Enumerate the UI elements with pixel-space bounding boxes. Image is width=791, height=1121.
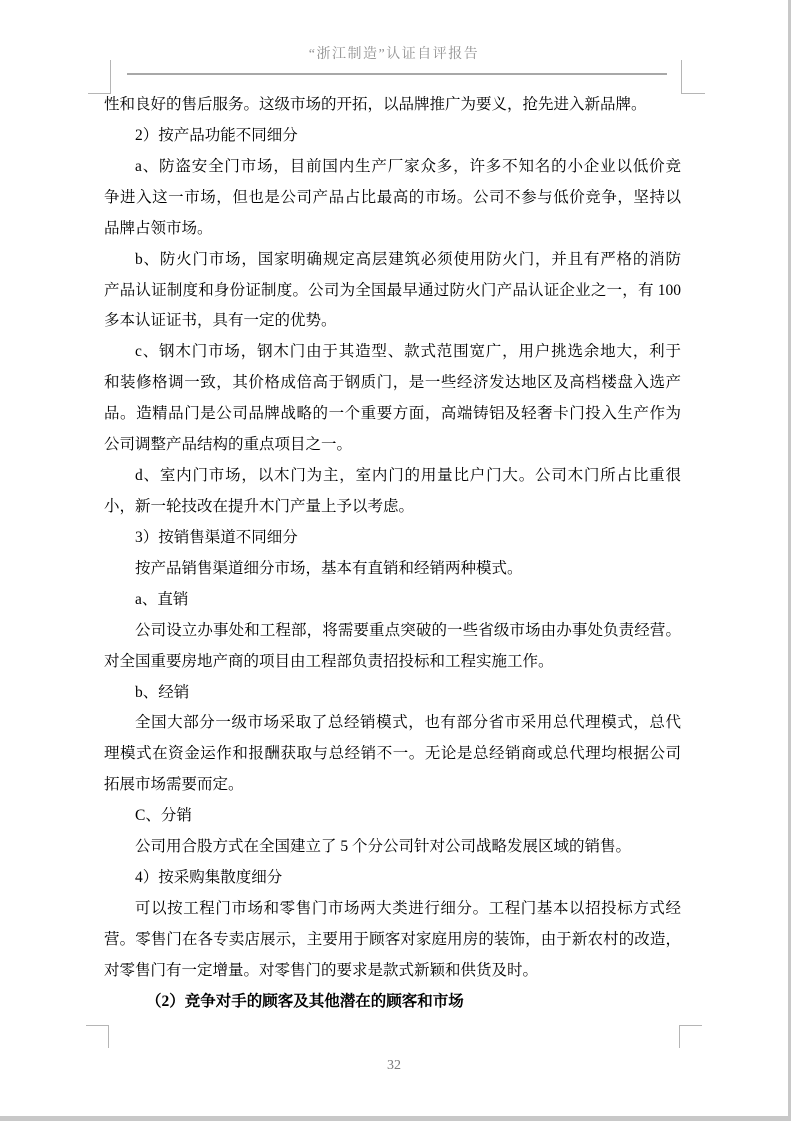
header-divider [127, 73, 667, 75]
body-line: 性和良好的售后服务。这级市场的开拓，以品牌推广为要义，抢先进入新品牌。 [104, 90, 681, 121]
body-line: 和装修格调一致，其价格成倍高于钢质门，是一些经济发达地区及高档楼盘入选产 [104, 368, 681, 399]
crop-mark-top-left [88, 60, 111, 94]
body-line: 产品认证制度和身份证制度。公司为全国最早通过防火门产品认证企业之一，有 100 [104, 276, 681, 307]
body-line: b、防火门市场，国家明确规定高层建筑必须使用防火门，并且有严格的消防 [104, 245, 681, 276]
body-lines: 性和良好的售后服务。这级市场的开拓，以品牌推广为要义，抢先进入新品牌。2）按产品… [104, 90, 681, 1018]
body-line: 2）按产品功能不同细分 [104, 121, 681, 152]
body-line: 多本认证证书，具有一定的优势。 [104, 306, 681, 337]
page-number: 32 [0, 1058, 788, 1074]
body-line: b、经销 [104, 678, 681, 709]
body-line: 品牌占领市场。 [104, 214, 681, 245]
body-line: d、室内门市场，以木门为主，室内门的用量比户门大。公司木门所占比重很 [104, 461, 681, 492]
body-line: 3）按销售渠道不同细分 [104, 523, 681, 554]
body-line: 品。造精品门是公司品牌战略的一个重要方面，高端铸铝及轻奢卡门投入生产作为 [104, 399, 681, 430]
body-line: 争进入这一市场，但也是公司产品占比最高的市场。公司不参与低价竞争，坚持以 [104, 183, 681, 214]
page-header-title: “浙江制造”认证自评报告 [0, 43, 788, 63]
body-line: 对全国重要房地产商的项目由工程部负责招投标和工程实施工作。 [104, 647, 681, 678]
body-line: 理模式在资金运作和报酬获取与总经销不一。无论是总经销商或总代理均根据公司 [104, 739, 681, 770]
body-line: a、直销 [104, 585, 681, 616]
body-line: 公司调整产品结构的重点项目之一。 [104, 430, 681, 461]
body-line: 公司设立办事处和工程部，将需要重点突破的一些省级市场由办事处负责经营。 [104, 616, 681, 647]
body-line: 营。零售门在各专卖店展示，主要用于顾客对家庭用房的装饰，由于新农村的改造， [104, 925, 681, 956]
body-line: 4）按采购集散度细分 [104, 863, 681, 894]
body-line: 公司用合股方式在全国建立了 5 个分公司针对公司战略发展区域的销售。 [104, 832, 681, 863]
crop-mark-bottom-right [679, 1025, 702, 1048]
body-line: 拓展市场需要而定。 [104, 770, 681, 801]
crop-mark-top-right [681, 60, 705, 94]
body-line: 按产品销售渠道细分市场，基本有直销和经销两种模式。 [104, 554, 681, 585]
body-line: c、钢木门市场，钢木门由于其造型、款式范围宽广，用户挑选余地大，利于 [104, 337, 681, 368]
crop-mark-bottom-left [86, 1025, 109, 1048]
document-page: “浙江制造”认证自评报告 性和良好的售后服务。这级市场的开拓，以品牌推广为要义，… [0, 0, 791, 1121]
body-line: 可以按工程门市场和零售门市场两大类进行细分。工程门基本以招投标方式经 [104, 894, 681, 925]
page-edge-bottom [0, 1116, 791, 1121]
body-line: C、分销 [104, 801, 681, 832]
section-heading: （2）竞争对手的顾客及其他潜在的顾客和市场 [104, 987, 681, 1018]
body-line: 对零售门有一定增量。对零售门的要求是款式新颖和供货及时。 [104, 956, 681, 987]
body-line: a、防盗安全门市场，目前国内生产厂家众多，许多不知名的小企业以低价竞 [104, 152, 681, 183]
body-line: 全国大部分一级市场采取了总经销模式，也有部分省市采用总代理模式，总代 [104, 708, 681, 739]
body-line: 小，新一轮技改在提升木门产量上予以考虑。 [104, 492, 681, 523]
